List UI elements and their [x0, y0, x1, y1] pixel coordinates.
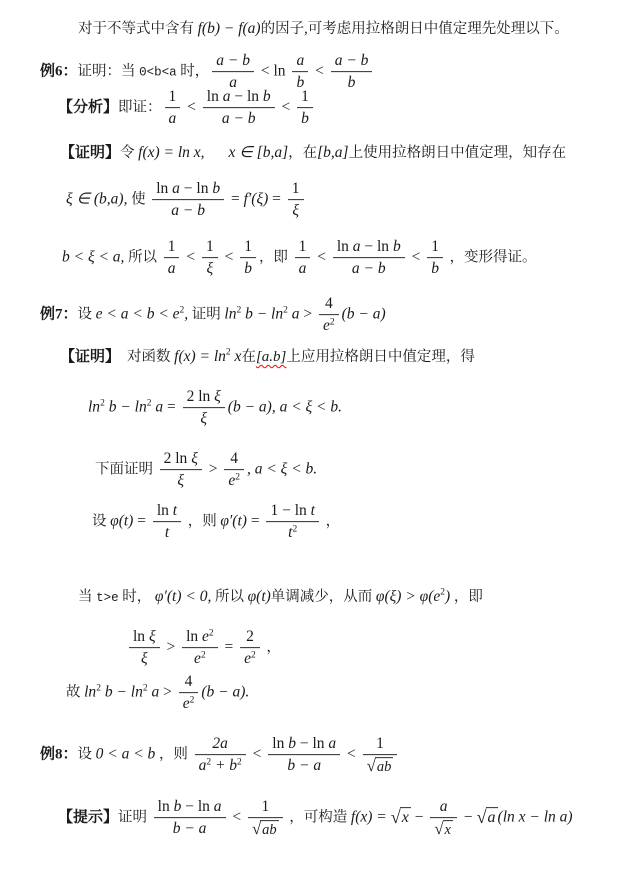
- fraction: 2 ln ξξ: [160, 449, 202, 491]
- math-run: φ(ξ) > φ(e: [376, 588, 440, 605]
- analysis-line: 【分析】即证：1a < ln a − ln ba − b < 1b: [58, 87, 316, 129]
- fraction-numerator: 4: [224, 449, 244, 470]
- math-operator: ln: [157, 502, 173, 519]
- superscript: 2: [292, 525, 297, 535]
- fraction: ln a − ln ba − b: [333, 237, 405, 279]
- fraction: 1√ab: [363, 734, 398, 776]
- math-run: b − ln: [101, 684, 143, 701]
- math-run: , a < ξ < b.: [247, 461, 317, 478]
- fraction-numerator: a: [292, 51, 308, 72]
- fraction-denominator: ξ: [183, 409, 225, 429]
- math-run: ξ ∈ (b,a),: [66, 191, 127, 208]
- text-run: 对于不等式中含有: [78, 21, 198, 37]
- fraction: 1b: [297, 87, 313, 129]
- fraction: ln ξξ: [129, 627, 160, 669]
- square-root: √ab: [367, 757, 394, 776]
- section-label: 例7：: [40, 307, 78, 323]
- text-run: 对函数: [113, 349, 175, 365]
- superscript: 2: [237, 758, 242, 768]
- text-run: 设: [78, 747, 96, 763]
- math-operator: =: [133, 513, 150, 530]
- fraction-denominator: a: [295, 259, 311, 279]
- math-run: a: [172, 180, 180, 197]
- text-run: 时，: [119, 589, 155, 605]
- math-run: x: [231, 348, 242, 365]
- math-run: [b,a]: [317, 144, 348, 161]
- fraction: 1a: [165, 87, 181, 129]
- fraction-numerator: ln t: [153, 501, 181, 522]
- fraction: 1ξ: [202, 237, 218, 279]
- square-root: √ab: [252, 820, 279, 839]
- math-run: t: [311, 502, 315, 519]
- text-run: ，在: [288, 145, 317, 161]
- proof6-line2: ξ ∈ (b,a), 使 ln a − ln ba − b = f′(ξ) = …: [66, 179, 307, 221]
- proof7-formula2: ln ξξ > ln e2e2 = 2e2 ，: [126, 627, 281, 669]
- fraction-denominator: b: [331, 73, 373, 93]
- fraction: 4e2: [319, 294, 339, 336]
- superscript: 2: [209, 628, 214, 638]
- square-root: √x: [391, 808, 411, 829]
- hint-line: 【提示】证明 ln b − ln ab − a < 1√ab ，可构造 f(x)…: [58, 797, 573, 839]
- fraction-denominator: ξ: [202, 259, 218, 279]
- math-operator: 2: [246, 628, 254, 645]
- math-run: ξ: [200, 411, 207, 428]
- math-operator: 4: [185, 673, 193, 690]
- math-operator: <: [249, 746, 266, 763]
- section-label: 例6：: [40, 64, 78, 80]
- math-operator: >: [205, 461, 222, 478]
- fraction: a − bb: [331, 51, 373, 93]
- fraction-numerator: 1: [165, 87, 181, 108]
- fraction-numerator: 4: [319, 294, 339, 315]
- math-operator: =: [221, 639, 238, 656]
- superscript: 2: [201, 651, 206, 661]
- math-run: b: [393, 238, 401, 255]
- text-run: 证明: [188, 307, 224, 323]
- superscript: 2: [190, 696, 195, 706]
- fraction-denominator: e2: [319, 316, 339, 336]
- math-run: φ′(t): [220, 513, 247, 530]
- math-run: b: [431, 261, 439, 278]
- math-operator: ln: [158, 798, 174, 815]
- math-run: x ∈ [b,a]: [229, 144, 289, 161]
- text-run: 证明: [118, 810, 151, 826]
- misspelled-math: [a.b]: [256, 349, 286, 365]
- fraction-numerator: 1: [288, 179, 304, 200]
- fraction-numerator: ln b − ln a: [154, 797, 226, 818]
- fraction: ln b − ln ab − a: [268, 734, 340, 776]
- text-run: 当: [78, 589, 96, 605]
- math-run: ξ: [177, 473, 184, 490]
- math-run: ξ: [141, 651, 148, 668]
- fraction: ln e2e2: [182, 627, 218, 669]
- text-run: 证明：当: [78, 64, 140, 80]
- math-run: b − a: [287, 758, 321, 775]
- math-operator: − ln: [181, 798, 213, 815]
- proof7-line3: 下面证明 2 ln ξξ > 4e2, a < ξ < b.: [95, 449, 317, 491]
- text-run: ，: [263, 640, 281, 656]
- math-run: ξ: [206, 261, 213, 278]
- text-run: 在: [241, 349, 256, 365]
- text-run: ，则: [184, 514, 220, 530]
- math-operator: 1: [206, 238, 214, 255]
- math-operator: <: [343, 746, 360, 763]
- superscript: 2: [235, 473, 240, 483]
- fraction: 1a: [295, 237, 311, 279]
- math-run: e: [323, 318, 330, 335]
- text-run: 即证：: [118, 100, 162, 116]
- math-operator: ln: [186, 628, 202, 645]
- math-run: a − b: [171, 203, 205, 220]
- math-run: b − a: [173, 821, 207, 838]
- math-operator: <: [221, 249, 238, 266]
- math-run: φ′(t) < 0,: [155, 588, 211, 605]
- text-run: ，: [322, 514, 340, 530]
- proof7-line4: 设 φ(t) = ln tt ，则 φ′(t) = 1 − ln tt2 ，: [92, 501, 340, 543]
- fraction: 1ξ: [288, 179, 304, 221]
- fraction: 2aa2 + b2: [195, 734, 246, 776]
- math-run: 0 < a < b: [96, 746, 156, 763]
- fraction-numerator: ln a − ln b: [152, 179, 224, 200]
- superscript: 2: [251, 651, 256, 661]
- section-label: 【证明】: [60, 349, 113, 365]
- math-run: a: [214, 798, 222, 815]
- fraction-denominator: a − b: [203, 109, 275, 129]
- math-run: e: [202, 628, 209, 645]
- math-run: b: [288, 735, 296, 752]
- example8-heading: 例8：设 0 < a < b ，则 2aa2 + b2 < ln b − ln …: [40, 734, 400, 776]
- text-run: 使: [127, 192, 149, 208]
- fraction-numerator: 2: [240, 627, 260, 648]
- fraction: 4e2: [224, 449, 244, 491]
- text-run: 上应用拉格朗日中值定理，得: [286, 349, 475, 365]
- math-run: f(x) =: [351, 809, 391, 826]
- proof7-formula1: ln2 b − ln2 a = 2 ln ξξ(b − a), a < ξ < …: [88, 387, 342, 429]
- text-run: 设: [92, 514, 110, 530]
- math-run: φ(t): [248, 588, 271, 605]
- text-run: 的因子,可考虑用拉格朗日中值定理先处理以下。: [261, 21, 569, 37]
- fraction: 4e2: [179, 672, 199, 714]
- proof6-line1: 【证明】令 f(x) = ln x,x ∈ [b,a]，在[b,a]上使用拉格朗…: [60, 143, 566, 163]
- math-run: (b − a): [342, 306, 386, 323]
- math-run: t: [165, 525, 169, 542]
- math-run: b < ξ < a,: [62, 249, 124, 266]
- math-run: ln: [88, 399, 100, 416]
- math-run: 2a: [212, 735, 228, 752]
- fraction-numerator: 1: [297, 87, 313, 108]
- fraction-denominator: b: [240, 259, 256, 279]
- fraction-numerator: 1: [164, 237, 180, 258]
- math-operator: <: [183, 99, 200, 116]
- math-operator: 2 ln: [187, 388, 215, 405]
- proof6-line3: b < ξ < a, 所以 1a < 1ξ < 1b，即 1a < ln a −…: [62, 237, 537, 279]
- fraction: ln a − ln ba − b: [152, 179, 224, 221]
- radicand: a: [486, 808, 498, 829]
- math-run: b − ln: [241, 306, 283, 323]
- square-root: √a: [476, 808, 497, 829]
- math-run: φ(t): [110, 513, 133, 530]
- math-run: ξ: [191, 450, 198, 467]
- math-run: b: [244, 261, 252, 278]
- fraction-numerator: a: [430, 797, 457, 818]
- section-label: 【提示】: [58, 810, 118, 826]
- fraction-numerator: ln a − ln b: [333, 237, 405, 258]
- text-run: 设: [78, 307, 96, 323]
- section-label: 例8：: [40, 747, 78, 763]
- fraction-denominator: b: [297, 109, 313, 129]
- math-operator: − ln: [361, 238, 393, 255]
- math-run: f(x) = ln: [174, 348, 226, 365]
- math-run: (b − a).: [201, 684, 249, 701]
- text-run: ，变形得证。: [446, 250, 537, 266]
- radicand: x: [443, 820, 453, 839]
- math-operator: 4: [325, 295, 333, 312]
- fraction-denominator: b − a: [268, 756, 340, 776]
- text-run: ，可构造: [286, 810, 351, 826]
- fraction-numerator: 1: [295, 237, 311, 258]
- math-operator: =: [163, 399, 180, 416]
- fraction: 1 − ln tt2: [266, 501, 319, 543]
- math-operator: ln: [156, 180, 172, 197]
- fraction: 1b: [427, 237, 443, 279]
- math-run: t: [173, 502, 177, 519]
- math-run: a − b: [335, 52, 369, 69]
- math-operator: =: [247, 513, 264, 530]
- fraction-numerator: 1: [240, 237, 256, 258]
- square-root: √x: [434, 820, 453, 839]
- proof7-line5: 当 t>e 时， φ′(t) < 0, 所以 φ(t)单调减少，从而 φ(ξ) …: [78, 587, 483, 607]
- math-operator: −: [460, 809, 477, 826]
- fraction: 1b: [240, 237, 256, 279]
- math-operator: ln: [207, 88, 223, 105]
- math-run: (ln x − ln a): [498, 809, 573, 826]
- radicand: ab: [375, 757, 394, 776]
- math-operator: <: [278, 99, 295, 116]
- fraction-denominator: √ab: [248, 819, 283, 839]
- math-operator: <: [311, 63, 328, 80]
- fraction-denominator: a2 + b2: [195, 756, 246, 776]
- math-operator: =: [268, 191, 285, 208]
- math-run: a: [353, 238, 361, 255]
- math-run: (b − a), a < ξ < b.: [228, 399, 342, 416]
- math-operator: >: [300, 306, 317, 323]
- math-operator: 4: [230, 450, 238, 467]
- math-operator: −: [411, 809, 428, 826]
- math-operator: − ln: [230, 88, 262, 105]
- math-operator: 1: [169, 88, 177, 105]
- math-run: a: [296, 52, 304, 69]
- math-run: + b: [211, 758, 237, 775]
- fraction-numerator: 1: [248, 797, 283, 818]
- fraction-denominator: e2: [224, 471, 244, 491]
- math-run: e < a < b < e: [96, 306, 180, 323]
- fraction-numerator: 2a: [195, 734, 246, 755]
- fraction: 2e2: [240, 627, 260, 669]
- fraction-numerator: ln b − ln a: [268, 734, 340, 755]
- math-run: a: [299, 261, 307, 278]
- radicand: x: [400, 808, 411, 829]
- fraction-numerator: 4: [179, 672, 199, 693]
- math-operator: <: [182, 249, 199, 266]
- math-operator: 1: [168, 238, 176, 255]
- math-run: a − b: [222, 111, 256, 128]
- math-operator: 1: [376, 735, 384, 752]
- fraction-numerator: 2 ln ξ: [160, 449, 202, 470]
- text-run: 故: [66, 685, 84, 701]
- math-run: e: [194, 651, 201, 668]
- math-run: ln: [84, 684, 96, 701]
- math-run: a: [288, 306, 300, 323]
- math-run: a: [151, 399, 163, 416]
- radicand: ab: [260, 820, 279, 839]
- proof7-line1: 【证明】 对函数 f(x) = ln2 x在[a.b]上应用拉格朗日中值定理，得: [60, 347, 475, 367]
- fraction-denominator: √ab: [363, 756, 398, 776]
- fraction-numerator: 2 ln ξ: [183, 387, 225, 408]
- fraction: ln b − ln ab − a: [154, 797, 226, 839]
- math-run: b: [348, 75, 356, 92]
- fraction-denominator: b: [427, 259, 443, 279]
- proof7-conclusion: 故 ln2 b − ln2 a > 4e2(b − a).: [66, 672, 249, 714]
- example7-heading: 例7：设 e < a < b < e2, 证明 ln2 b − ln2 a > …: [40, 294, 386, 336]
- math-operator: <: [313, 249, 330, 266]
- math-operator: < ln: [257, 63, 289, 80]
- fraction-numerator: 1: [202, 237, 218, 258]
- fraction-denominator: e2: [179, 694, 199, 714]
- math-operator: 1 − ln: [270, 502, 310, 519]
- math-run: ln: [224, 306, 236, 323]
- text-run: ，即: [259, 250, 292, 266]
- text-run: ，则: [155, 747, 191, 763]
- fraction: 1a: [164, 237, 180, 279]
- math-operator: >: [163, 639, 180, 656]
- math-run: b: [301, 111, 309, 128]
- math-run: f(x) = ln x,: [138, 144, 204, 161]
- math-run: a: [328, 735, 336, 752]
- fraction-denominator: a: [165, 109, 181, 129]
- fraction-denominator: a − b: [333, 259, 405, 279]
- text-run: 令: [120, 145, 138, 161]
- math-operator: ln: [272, 735, 288, 752]
- math-run: b − ln: [105, 399, 147, 416]
- math-run: a − b: [352, 261, 386, 278]
- fraction-denominator: t2: [266, 523, 319, 543]
- math-run: ξ: [292, 203, 299, 220]
- math-run: ξ: [214, 388, 221, 405]
- text-run: 所以: [211, 589, 247, 605]
- document-page: 对于不等式中含有 f(b) − f(a)的因子,可考虑用拉格朗日中值定理先处理以…: [0, 0, 629, 874]
- fraction: ln a − ln ba − b: [203, 87, 275, 129]
- text-run: 单调减少，从而: [271, 589, 376, 605]
- math-operator: 1: [299, 238, 307, 255]
- mono-text: t>e: [96, 591, 119, 605]
- fraction-denominator: √x: [430, 819, 457, 839]
- math-operator: ln: [133, 628, 149, 645]
- math-run: b: [212, 180, 220, 197]
- math-run: a − b: [216, 52, 250, 69]
- math-operator: 2 ln: [164, 450, 192, 467]
- fraction: a√x: [430, 797, 457, 839]
- text-run: 时，: [177, 64, 210, 80]
- mono-text: 0<b<a: [139, 66, 177, 80]
- text-run: 所以: [124, 250, 160, 266]
- fraction-denominator: a: [164, 259, 180, 279]
- intro-paragraph: 对于不等式中含有 f(b) − f(a)的因子,可考虑用拉格朗日中值定理先处理以…: [78, 19, 569, 39]
- fraction-numerator: 1: [363, 734, 398, 755]
- math-operator: ln: [337, 238, 353, 255]
- math-operator: <: [229, 809, 246, 826]
- superscript: 2: [330, 318, 335, 328]
- fraction-denominator: e2: [240, 649, 260, 669]
- fraction-numerator: ln a − ln b: [203, 87, 275, 108]
- math-run: a: [169, 111, 177, 128]
- fraction: 1√ab: [248, 797, 283, 839]
- math-run: a: [148, 684, 160, 701]
- math-operator: 1: [244, 238, 252, 255]
- math-operator: − ln: [296, 735, 328, 752]
- fraction: 2 ln ξξ: [183, 387, 225, 429]
- math-run: a: [440, 798, 448, 815]
- math-operator: − ln: [180, 180, 212, 197]
- math-run: e: [183, 696, 190, 713]
- text-run: ，即: [450, 589, 483, 605]
- fraction-denominator: b − a: [154, 819, 226, 839]
- section-label: 【证明】: [60, 145, 120, 161]
- fraction-denominator: a − b: [152, 201, 224, 221]
- text-run: 上使用拉格朗日中值定理，知存在: [349, 145, 567, 161]
- math-run: ξ: [149, 628, 156, 645]
- text-run: 下面证明: [95, 462, 157, 478]
- math-operator: =: [227, 191, 244, 208]
- math-run: e: [244, 651, 251, 668]
- math-run: f(b) − f(a): [198, 20, 261, 37]
- fraction: ln tt: [153, 501, 181, 543]
- section-label: 【分析】: [58, 100, 118, 116]
- fraction-denominator: ξ: [129, 649, 160, 669]
- math-operator: 1: [301, 88, 309, 105]
- math-operator: >: [159, 684, 176, 701]
- math-run: b: [263, 88, 271, 105]
- math-operator: 1: [292, 180, 300, 197]
- fraction-numerator: 1 − ln t: [266, 501, 319, 522]
- fraction-denominator: t: [153, 523, 181, 543]
- fraction-denominator: ξ: [288, 201, 304, 221]
- math-operator: <: [408, 249, 425, 266]
- fraction-denominator: ξ: [160, 471, 202, 491]
- math-operator: 1: [261, 798, 269, 815]
- fraction-numerator: a − b: [212, 51, 254, 72]
- math-run: a: [168, 261, 176, 278]
- fraction-numerator: 1: [427, 237, 443, 258]
- math-operator: 1: [431, 238, 439, 255]
- fraction-numerator: ln e2: [182, 627, 218, 648]
- fraction-numerator: a − b: [331, 51, 373, 72]
- fraction-numerator: ln ξ: [129, 627, 160, 648]
- fraction-denominator: e2: [182, 649, 218, 669]
- math-run: f′(ξ): [244, 191, 269, 208]
